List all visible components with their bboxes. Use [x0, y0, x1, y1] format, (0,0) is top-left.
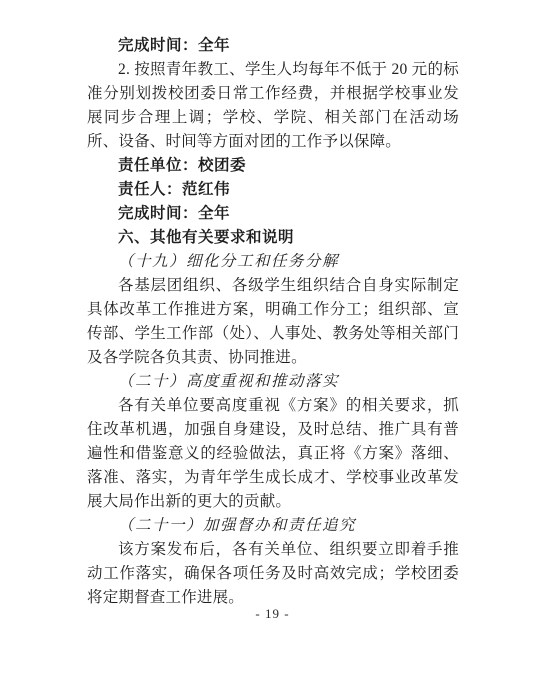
- completion-time-label-2: 完成时间：全年: [87, 202, 459, 226]
- item-twenty-paragraph: 各有关单位要高度重视《方案》的相关要求，抓住改革机遇，加强自身建设，及时总结、推…: [87, 394, 459, 514]
- item-twentyone-paragraph: 该方案发布后，各有关单位、组织要立即着手推动工作落实，确保各项任务及时高效完成；…: [87, 538, 459, 610]
- funding-paragraph: 2. 按照青年教工、学生人均每年不低于 20 元的标准分别划拨校团委日常工作经费…: [87, 58, 459, 154]
- document-body: 完成时间：全年2. 按照青年教工、学生人均每年不低于 20 元的标准分别划拨校团…: [87, 34, 459, 610]
- responsible-unit-label: 责任单位：校团委: [87, 154, 459, 178]
- item-nineteen-paragraph: 各基层团组织、各级学生组织结合自身实际制定具体改革工作推进方案，明确工作分工；组…: [87, 274, 459, 370]
- item-nineteen-subheading: （十九）细化分工和任务分解: [87, 250, 459, 274]
- page-number: - 19 -: [0, 606, 545, 622]
- item-twenty-subheading: （二十）高度重视和推动落实: [87, 370, 459, 394]
- completion-time-label: 完成时间：全年: [87, 34, 459, 58]
- item-twentyone-subheading: （二十一）加强督办和责任追究: [87, 514, 459, 538]
- document-page: 完成时间：全年2. 按照青年教工、学生人均每年不低于 20 元的标准分别划拨校团…: [0, 0, 545, 693]
- section-six-heading: 六、其他有关要求和说明: [87, 226, 459, 250]
- responsible-person-label: 责任人：范红伟: [87, 178, 459, 202]
